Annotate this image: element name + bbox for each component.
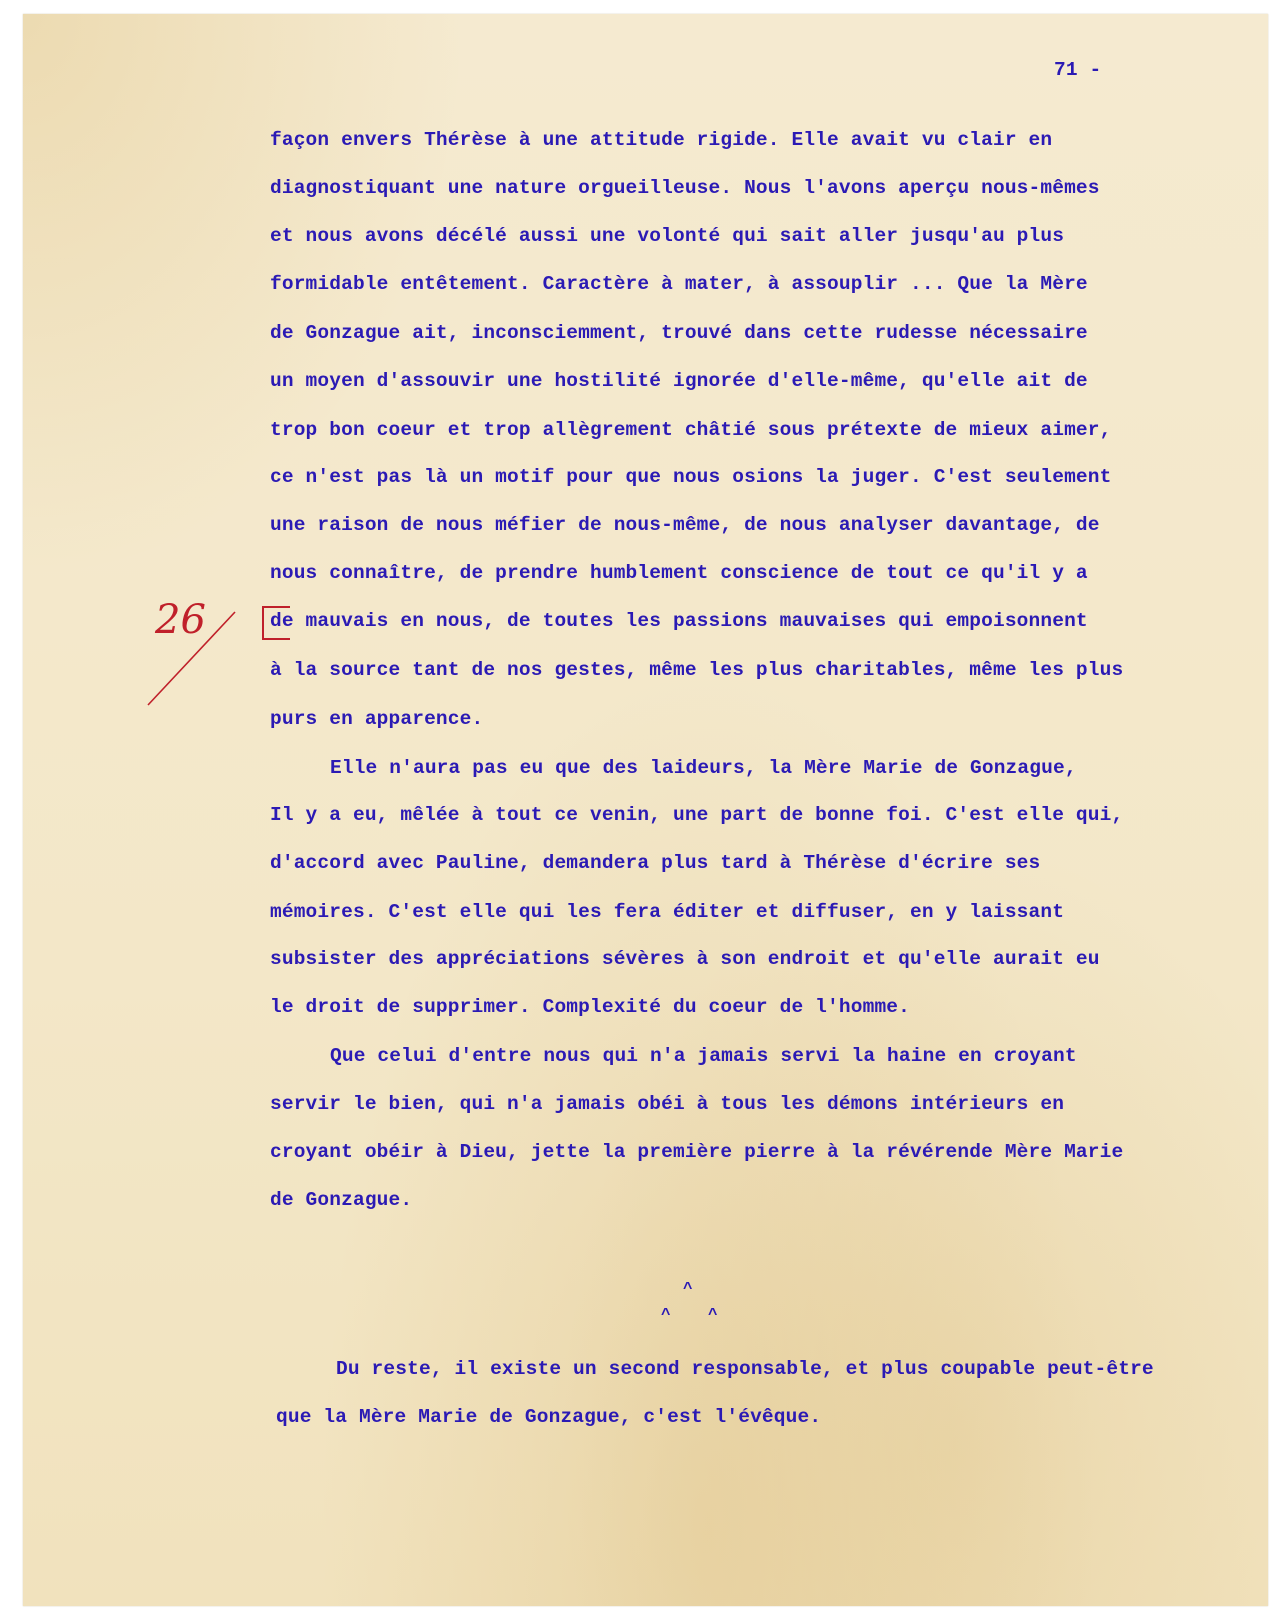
text-line: servir le bien, qui n'a jamais obéi à to… (270, 1095, 1064, 1115)
text-line: façon envers Thérèse à une attitude rigi… (270, 131, 1052, 151)
text-line: trop bon coeur et trop allègrement châti… (270, 421, 1112, 441)
text-line: Du reste, il existe un second responsabl… (336, 1360, 1154, 1380)
text-line: diagnostiquant une nature orgueilleuse. … (270, 179, 1100, 199)
text-line: d'accord avec Pauline, demandera plus ta… (270, 854, 1040, 874)
text-line: Il y a eu, mêlée à tout ce venin, une pa… (270, 806, 1123, 826)
text-line: formidable entêtement. Caractère à mater… (270, 275, 1088, 295)
text-line: un moyen d'assouvir une hostilité ignoré… (270, 372, 1088, 392)
text-line: de mauvais en nous, de toutes les passio… (270, 612, 1088, 632)
text-line: de Gonzague ait, inconsciemment, trouvé … (270, 324, 1088, 344)
paragraph-bracket-mark (262, 606, 290, 640)
text-line: croyant obéir à Dieu, jette la première … (270, 1143, 1123, 1163)
text-line: nous connaître, de prendre humblement co… (270, 564, 1088, 584)
margin-slash-mark (140, 600, 260, 710)
text-line: que la Mère Marie de Gonzague, c'est l'é… (276, 1408, 821, 1428)
text-line: Que celui d'entre nous qui n'a jamais se… (330, 1047, 1077, 1067)
text-line: une raison de nous méfier de nous-même, … (270, 516, 1100, 536)
section-break-mark: ^ (708, 1306, 718, 1324)
text-line: purs en apparence. (270, 710, 483, 730)
text-line: le droit de supprimer. Complexité du coe… (270, 998, 910, 1018)
text-line: et nous avons décélé aussi une volonté q… (270, 227, 1064, 247)
section-break-mark: ^ (661, 1306, 671, 1324)
text-line: à la source tant de nos gestes, même les… (270, 661, 1123, 681)
section-break-mark: ^ (683, 1280, 693, 1298)
text-line: de Gonzague. (270, 1191, 412, 1211)
page-number: 71 - (1054, 61, 1101, 81)
text-line: mémoires. C'est elle qui les fera éditer… (270, 903, 1064, 923)
text-line: ce n'est pas là un motif pour que nous o… (270, 468, 1112, 488)
text-line: Elle n'aura pas eu que des laideurs, la … (330, 759, 1077, 779)
text-line: subsister des appréciations sévères à so… (270, 950, 1100, 970)
